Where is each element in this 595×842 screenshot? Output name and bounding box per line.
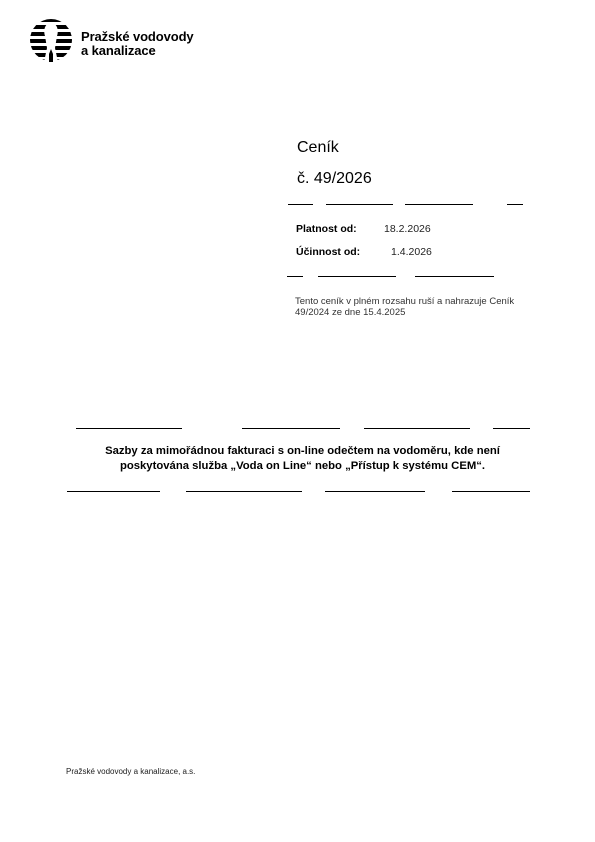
effective-from-label: Účinnost od: (296, 246, 360, 258)
company-name-line1: Pražské vodovody (81, 30, 194, 44)
valid-from-label: Platnost od: (296, 223, 357, 235)
document-number: č. 49/2026 (297, 170, 372, 188)
section-heading: Sazby za mimořádnou fakturaci s on-line … (70, 444, 535, 474)
company-name: Pražské vodovody a kanalizace (81, 30, 194, 58)
valid-from-value: 18.2.2026 (384, 223, 431, 235)
company-name-line2: a kanalizace (81, 44, 194, 58)
footer-company: Pražské vodovody a kanalizace, a.s. (66, 767, 195, 776)
document-title: Ceník (297, 139, 339, 157)
pvk-logo-icon (28, 18, 74, 62)
company-logo: Pražské vodovody a kanalizace (28, 18, 228, 62)
supersedes-note: Tento ceník v plném rozsahu ruší a nahra… (295, 296, 540, 318)
effective-from-value: 1.4.2026 (391, 246, 432, 258)
